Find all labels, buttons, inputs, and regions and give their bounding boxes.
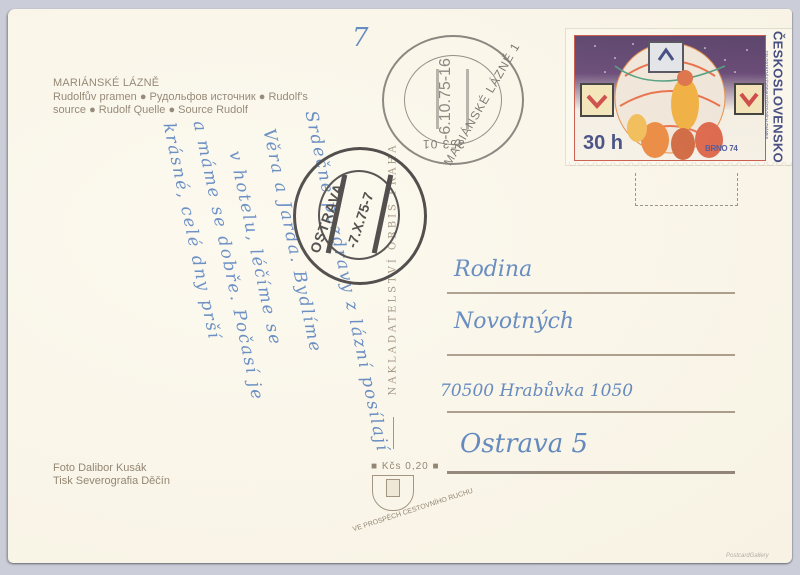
caption-subtitle-line-1: Rudolfův pramen ● Рудольфов источник ● R… [53,91,313,104]
stamp-perforation-edge [568,162,792,168]
center-divider [393,417,394,449]
destination-postmark: -7.X.75-7 OSTRAVA [293,147,427,285]
address-line-3-text: 70500 Hrabůvka 1050 [440,381,633,401]
origin-postmark-postcode: 353 01 [422,137,465,151]
caption-title: MARIÁNSKÉ LÁZNĚ [53,77,159,90]
stamp-artwork: 30 h BRNO 74 [574,35,766,161]
postcard-back: MARIÁNSKÉ LÁZNĚ Rudolfův pramen ● Рудоль… [8,9,792,563]
watermark: PostcardGallery [726,553,769,559]
credits: Foto Dalibor Kusák Tisk Severografia Děč… [53,462,170,488]
caption-subtitle: Rudolfův pramen ● Рудольфов источник ● R… [53,91,313,117]
caption-subtitle-line-2: source ● Rudolf Quelle ● Source Rudolf [53,104,313,117]
postage-stamp: 30 h BRNO 74 CELOSTÁTNÍ VÝSTAVA POŠTOVNÍ… [566,29,792,165]
origin-postmark-date: -6.10.75-16 [437,58,455,140]
address-line-2-text: Novotných [454,309,574,334]
address-rule [447,292,735,294]
stamp-event: BRNO 74 [705,144,738,153]
address-line-1-text: Rodina [454,257,532,282]
print-credit: Tisk Severografia Děčín [53,475,170,488]
pencil-mark: 7 [352,23,369,53]
tourism-imprint: ■ Kčs 0,20 ■ VE PROSPĚCH CESTOVNÍHO RUCH… [348,461,434,521]
origin-postmark: -6.10.75-16 MARIÁNSKÉ LÁZNĚ 1 353 01 [382,35,524,165]
stamp-subtext: CELOSTÁTNÍ VÝSTAVA POŠTOVNÍCH ZNÁMEK [765,51,770,140]
stamp-placement-box [635,173,738,206]
address-rule [447,354,735,356]
address-rule [447,471,735,474]
address-line-4-text: Ostrava 5 [460,429,588,459]
castle-tower-icon [386,479,400,497]
photo-credit: Foto Dalibor Kusák [53,462,170,475]
address-rule [447,411,735,413]
stamp-denomination: 30 h [583,132,623,155]
postage-price: ■ Kčs 0,20 ■ [371,461,440,472]
stamp-country: ČESKOSLOVENSKO [771,31,786,163]
